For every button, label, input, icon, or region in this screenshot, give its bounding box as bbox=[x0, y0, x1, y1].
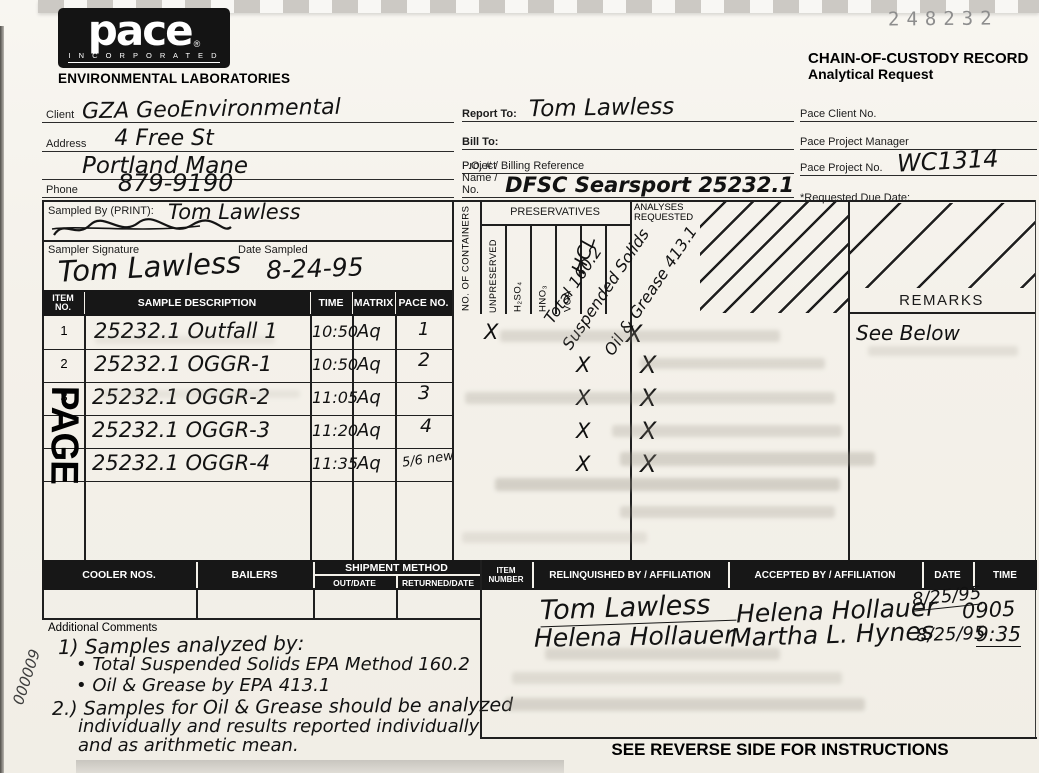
sample-time: 10:50 bbox=[312, 322, 358, 341]
comment-line-6: and as arithmetic mean. bbox=[78, 735, 299, 756]
client-label: Client bbox=[42, 109, 82, 122]
bleedthrough-smudge bbox=[100, 390, 300, 398]
sample-time: 11:05 bbox=[312, 388, 358, 407]
see-reverse-note: SEE REVERSE SIDE FOR INSTRUCTIONS bbox=[545, 740, 1015, 760]
form-title: CHAIN-OF-CUSTODY RECORD bbox=[808, 50, 1028, 67]
sample-pace-no: 5/6 new bbox=[401, 448, 455, 470]
pace-project-no-label: Pace Project No. bbox=[800, 162, 897, 175]
bleedthrough-smudge bbox=[640, 358, 825, 369]
sample-pace-no: 3 bbox=[418, 382, 430, 404]
preservatives-label: PRESERVATIVES bbox=[480, 201, 630, 223]
rule-line bbox=[42, 240, 452, 242]
rule-line bbox=[42, 618, 480, 620]
phone-label: Phone bbox=[42, 184, 118, 197]
pace-logo-incorporated: I N C O R P O R A T E D bbox=[68, 50, 219, 63]
client-field: Client GZA GeoEnvironmental bbox=[42, 94, 454, 123]
page-bottom-edge bbox=[76, 760, 564, 773]
rule-line bbox=[480, 737, 1037, 739]
pace-project-no-field: Pace Project No. WC1314 bbox=[800, 148, 1037, 176]
shipping-header-bar: COOLER NOS. BAILERS SHIPMENT METHOD OUT/… bbox=[42, 560, 480, 590]
pace-manager-field: Pace Project Manager bbox=[800, 124, 1037, 150]
sample-description: 25232.1 OGGR-4 bbox=[92, 451, 270, 475]
address-field: Address 4 Free St bbox=[42, 123, 454, 152]
bill-to-field: Bill To: bbox=[462, 124, 794, 150]
address-label: Address bbox=[42, 138, 114, 151]
bleedthrough-smudge bbox=[495, 478, 840, 491]
report-to-value: Tom Lawless bbox=[529, 94, 675, 123]
item-no: 1 bbox=[52, 323, 76, 338]
bailers-header: BAILERS bbox=[196, 560, 313, 590]
sample-pace-no: 4 bbox=[420, 415, 432, 437]
rule-line bbox=[315, 574, 480, 576]
pace-logo-wordmark: pace bbox=[88, 13, 192, 49]
sample-pace-no: 2 bbox=[418, 349, 430, 371]
project-label: Project Name / No. bbox=[462, 160, 505, 197]
relinquished-by-header: RELINQUISHED BY / AFFILIATION bbox=[532, 560, 728, 590]
custody-item-header-line1: ITEM bbox=[496, 566, 515, 575]
bleedthrough-smudge bbox=[512, 672, 842, 684]
sample-matrix: Aq bbox=[357, 354, 381, 375]
report-to-label: Report To: bbox=[462, 108, 529, 121]
po-field: P.O. # / Billing Reference bbox=[462, 150, 794, 174]
rule-line bbox=[84, 292, 85, 314]
phone-field: Phone 879-9190 bbox=[42, 172, 454, 198]
sample-description-header: SAMPLE DESCRIPTION bbox=[84, 290, 310, 316]
hatch-pattern bbox=[850, 203, 1036, 288]
unpreserved-mark: X bbox=[484, 320, 498, 344]
date-sampled-value: 8-24-95 bbox=[266, 252, 365, 284]
rule-line bbox=[480, 560, 482, 737]
address-value-line1: 4 Free St bbox=[114, 126, 213, 151]
bleedthrough-smudge bbox=[505, 698, 865, 711]
bleedthrough-smudge bbox=[620, 452, 875, 466]
containers-col-label: NO. OF CONTAINERS bbox=[453, 205, 479, 311]
shipment-method-header: SHIPMENT METHOD bbox=[313, 560, 480, 575]
remarks-label: REMARKS bbox=[848, 290, 1035, 310]
table-row: 25232.1 OGGR-3 11:20 Aq 4 X X bbox=[0, 415, 1039, 448]
pace-logo: pace ® I N C O R P O R A T E D bbox=[58, 8, 230, 68]
rule-line bbox=[396, 575, 398, 588]
item-no-header: ITEM NO. bbox=[42, 290, 84, 316]
h2so4-col-label: H₂SO₄ bbox=[506, 262, 530, 312]
bleedthrough-smudge bbox=[95, 336, 275, 344]
document-stamp-number: 248232 bbox=[888, 8, 999, 31]
rule-line bbox=[532, 562, 534, 588]
bleedthrough-smudge bbox=[462, 532, 647, 543]
margin-page-number: 000009 bbox=[9, 647, 44, 707]
client-value: GZA GeoEnvironmental bbox=[82, 95, 341, 125]
bleedthrough-smudge bbox=[620, 506, 835, 518]
rule-line bbox=[196, 562, 198, 588]
rule-line bbox=[922, 562, 924, 588]
hcl-mark: X bbox=[576, 452, 590, 476]
analyses-requested-label: ANALYSES REQUESTED bbox=[634, 203, 693, 223]
item-no: 2 bbox=[52, 356, 76, 371]
sample-description: 25232.1 OGGR-3 bbox=[92, 418, 270, 442]
pace-client-no-label: Pace Client No. bbox=[800, 108, 876, 121]
comment-line-3: • Oil & Grease by EPA 413.1 bbox=[76, 675, 330, 696]
hcl-mark: X bbox=[576, 419, 590, 443]
pace-project-no-value: WC1314 bbox=[896, 144, 999, 177]
analyses-label-line2: REQUESTED bbox=[634, 212, 693, 223]
time-header: TIME bbox=[310, 290, 352, 316]
report-to-field: Report To: Tom Lawless bbox=[462, 94, 794, 122]
cooler-nos-header: COOLER NOS. bbox=[42, 560, 196, 590]
custody-time-header: TIME bbox=[973, 560, 1037, 590]
rule-line bbox=[848, 312, 1036, 314]
rule-line bbox=[310, 292, 311, 314]
form-subtitle: Analytical Request bbox=[808, 66, 933, 82]
project-value: DFSC Searsport 25232.1 bbox=[505, 173, 794, 197]
rule-line bbox=[395, 292, 396, 314]
final-page-stamp: FINAL PAGE bbox=[44, 386, 88, 562]
comment-line-5: individually and results reported indivi… bbox=[78, 716, 479, 737]
rule-line bbox=[352, 292, 353, 314]
custody-item-header-line2: NUMBER bbox=[488, 575, 523, 584]
table-row: 25232.1 OGGR-4 11:35 Aq 5/6 new X X bbox=[0, 448, 1039, 481]
pace-no-header: PACE NO. bbox=[395, 290, 452, 316]
sample-time: 11:20 bbox=[312, 421, 358, 440]
returned-date-header: RETURNED/DATE bbox=[396, 575, 480, 590]
remarks-value: See Below bbox=[856, 321, 960, 345]
hcl-mark: X bbox=[576, 353, 590, 377]
signature-scrawl bbox=[50, 213, 235, 243]
logo-tagline: ENVIRONMENTAL LABORATORIES bbox=[58, 71, 290, 86]
bleedthrough-smudge bbox=[868, 346, 1018, 356]
out-date-header: OUT/DATE bbox=[313, 575, 396, 590]
final-page-stamp-text: FINAL PAGE bbox=[44, 386, 88, 562]
hatch-pattern bbox=[700, 201, 848, 313]
custody-item-number-header: ITEM NUMBER bbox=[480, 560, 532, 590]
bleedthrough-smudge bbox=[465, 392, 835, 404]
unpreserved-col-label: UNPRESERVED bbox=[481, 227, 505, 313]
accepted-by-header: ACCEPTED BY / AFFILIATION bbox=[728, 560, 922, 590]
comment-line-2: • Total Suspended Solids EPA Method 160.… bbox=[76, 654, 470, 675]
matrix-header: MATRIX bbox=[352, 290, 395, 316]
custody-time: 9:35 bbox=[976, 622, 1021, 647]
rule-line bbox=[196, 590, 198, 618]
registered-mark: ® bbox=[194, 39, 201, 49]
bill-to-label: Bill To: bbox=[462, 136, 498, 149]
bleedthrough-smudge bbox=[500, 330, 780, 342]
custody-time: 0905 bbox=[961, 597, 1016, 624]
sample-time: 11:35 bbox=[312, 454, 358, 473]
sample-matrix: Aq bbox=[357, 321, 381, 342]
sample-pace-no: 1 bbox=[418, 319, 429, 340]
additional-comments-label: Additional Comments bbox=[48, 622, 157, 634]
bleedthrough-smudge bbox=[612, 425, 842, 437]
project-field: Project Name / No. DFSC Searsport 25232.… bbox=[462, 172, 794, 198]
sample-description: 25232.1 OGGR-1 bbox=[94, 352, 272, 376]
sample-matrix: Aq bbox=[357, 387, 381, 408]
scanned-coc-form: pace ® I N C O R P O R A T E D ENVIRONME… bbox=[0, 0, 1039, 773]
rule-line bbox=[396, 590, 398, 618]
bleedthrough-smudge bbox=[545, 648, 780, 660]
item-header-line2: NO. bbox=[55, 303, 71, 312]
rule-line bbox=[42, 481, 452, 482]
sample-table-header-bar: ITEM NO. SAMPLE DESCRIPTION TIME MATRIX … bbox=[42, 290, 452, 316]
sample-matrix: Aq bbox=[357, 420, 381, 441]
pace-client-no-field: Pace Client No. bbox=[800, 96, 1037, 122]
rule-line bbox=[728, 562, 730, 588]
sample-time: 10:50 bbox=[312, 355, 358, 374]
rule-line bbox=[313, 590, 315, 618]
phone-value: 879-9190 bbox=[118, 169, 234, 197]
sample-matrix: Aq bbox=[357, 453, 381, 474]
